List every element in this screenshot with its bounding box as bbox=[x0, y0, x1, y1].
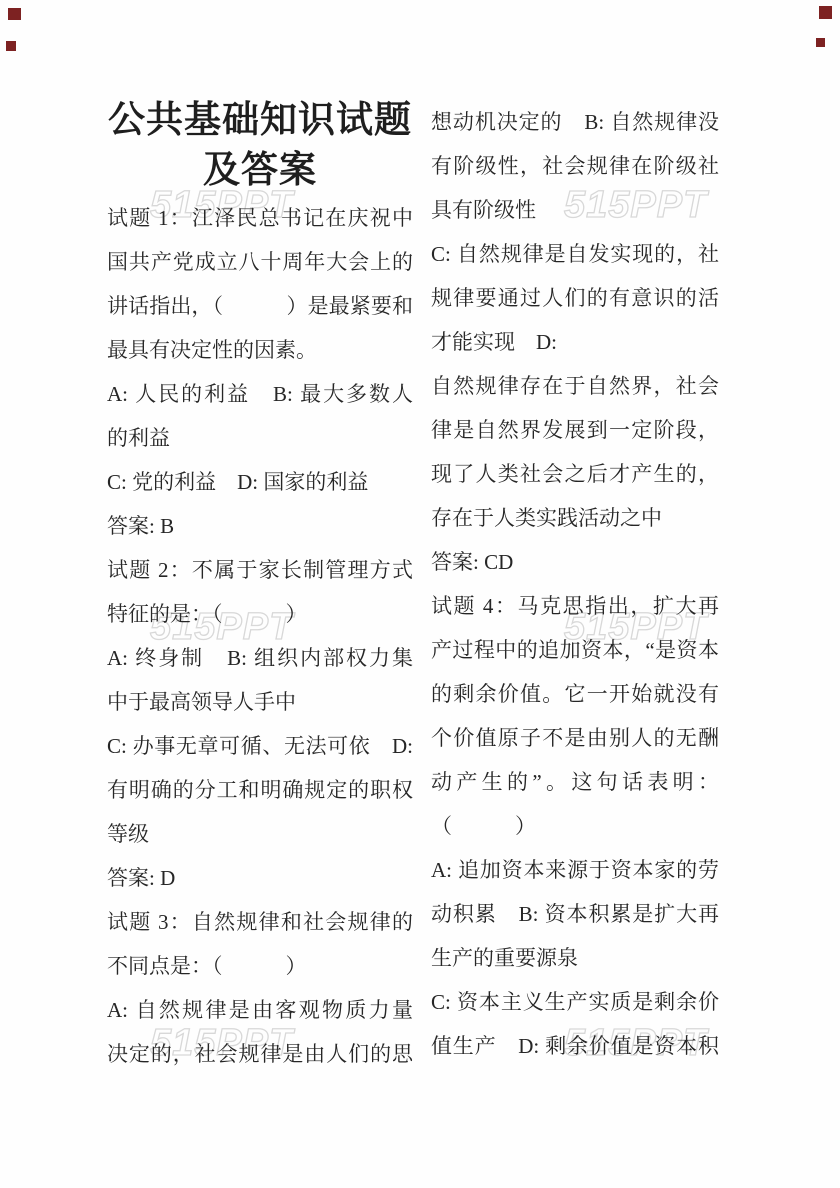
text-line: 有阶级性，社会规律在阶级社会 bbox=[431, 144, 719, 188]
text-line: 国共产党成立八十周年大会上的 bbox=[107, 240, 413, 284]
corner-mark bbox=[6, 41, 16, 51]
text-line: 的利益 bbox=[107, 416, 413, 460]
text-line: 等级 bbox=[107, 812, 413, 856]
text-line: 规律要通过人们的有意识的活动 bbox=[431, 276, 719, 320]
text-line: 存在于人类实践活动之中 bbox=[431, 496, 719, 540]
text-line: 讲话指出，（ ）是最紧要和 bbox=[107, 284, 413, 328]
text-line: 试题 3：自然规律和社会规律的 bbox=[107, 900, 413, 944]
text-line: C: 资本主义生产实质是剩余价 bbox=[431, 980, 719, 1024]
text-line: 的剩余价值。它一开始就没有一 bbox=[431, 672, 719, 716]
text-line: 具有阶级性 bbox=[431, 188, 719, 232]
text-line: A: 终身制 B: 组织内部权力集 bbox=[107, 636, 413, 680]
text-line: 中于最高领导人手中 bbox=[107, 680, 413, 724]
text-line: 试题 1：江泽民总书记在庆祝中 bbox=[107, 196, 413, 240]
text-line: （ ） bbox=[431, 804, 719, 848]
left-column-text: 试题 1：江泽民总书记在庆祝中 国共产党成立八十周年大会上的 讲话指出，（ ）是… bbox=[107, 196, 413, 1076]
answer-line: 答案: B bbox=[107, 504, 413, 548]
text-line: 产过程中的追加资本，“是资本化 bbox=[431, 628, 719, 672]
text-line: 最具有决定性的因素。 bbox=[107, 328, 413, 372]
text-line: A: 人民的利益 B: 最大多数人 bbox=[107, 372, 413, 416]
text-line: 决定的，社会规律是由人们的思 bbox=[107, 1032, 413, 1076]
text-line: C: 办事无章可循、无法可依 D: bbox=[107, 724, 413, 768]
answer-line: 答案: D bbox=[107, 856, 413, 900]
corner-mark bbox=[819, 6, 832, 19]
text-line: 有明确的分工和明确规定的职权 bbox=[107, 768, 413, 812]
text-line: 试题 4：马克思指出，扩大再生 bbox=[431, 584, 719, 628]
text-line: 个价值原子不是由别人的无酬劳 bbox=[431, 716, 719, 760]
document-page: 515PPT 515PPT 515PPT 515PPT 515PPT 515PP… bbox=[0, 0, 840, 1188]
text-line: 现了人类社会之后才产生的，它 bbox=[431, 452, 719, 496]
left-column: 公共基础知识试题 及答案 试题 1：江泽民总书记在庆祝中 国共产党成立八十周年大… bbox=[107, 96, 413, 1076]
text-line: C: 党的利益 D: 国家的利益 bbox=[107, 460, 413, 504]
text-line: 自然规律存在于自然界，社会规 bbox=[431, 364, 719, 408]
answer-line: 答案: CD bbox=[431, 540, 719, 584]
text-line: 律是自然界发展到一定阶段，出 bbox=[431, 408, 719, 452]
text-line: 生产的重要源泉 bbox=[431, 936, 719, 980]
text-line: 才能实现 D: bbox=[431, 320, 719, 364]
text-line: A: 自然规律是由客观物质力量 bbox=[107, 988, 413, 1032]
text-line: 不同点是：（ ） bbox=[107, 944, 413, 988]
text-line: A: 追加资本来源于资本家的劳 bbox=[431, 848, 719, 892]
corner-mark bbox=[8, 8, 21, 20]
right-column-text: 想动机决定的 B: 自然规律没 有阶级性，社会规律在阶级社会 具有阶级性 C: … bbox=[431, 100, 719, 1068]
corner-mark bbox=[816, 38, 825, 47]
text-line: 想动机决定的 B: 自然规律没 bbox=[431, 100, 719, 144]
right-column: 想动机决定的 B: 自然规律没 有阶级性，社会规律在阶级社会 具有阶级性 C: … bbox=[431, 100, 719, 1068]
page-title: 公共基础知识试题 bbox=[107, 96, 413, 146]
text-line: C: 自然规律是自发实现的，社会 bbox=[431, 232, 719, 276]
text-line: 动积累 B: 资本积累是扩大再 bbox=[431, 892, 719, 936]
page-title-line2: 及答案 bbox=[107, 146, 413, 196]
text-line: 值生产 D: 剩余价值是资本积 bbox=[431, 1024, 719, 1068]
text-line: 动产生的”。这句话表明： bbox=[431, 760, 719, 804]
text-line: 特征的是：（ ） bbox=[107, 592, 413, 636]
text-line: 试题 2：不属于家长制管理方式 bbox=[107, 548, 413, 592]
